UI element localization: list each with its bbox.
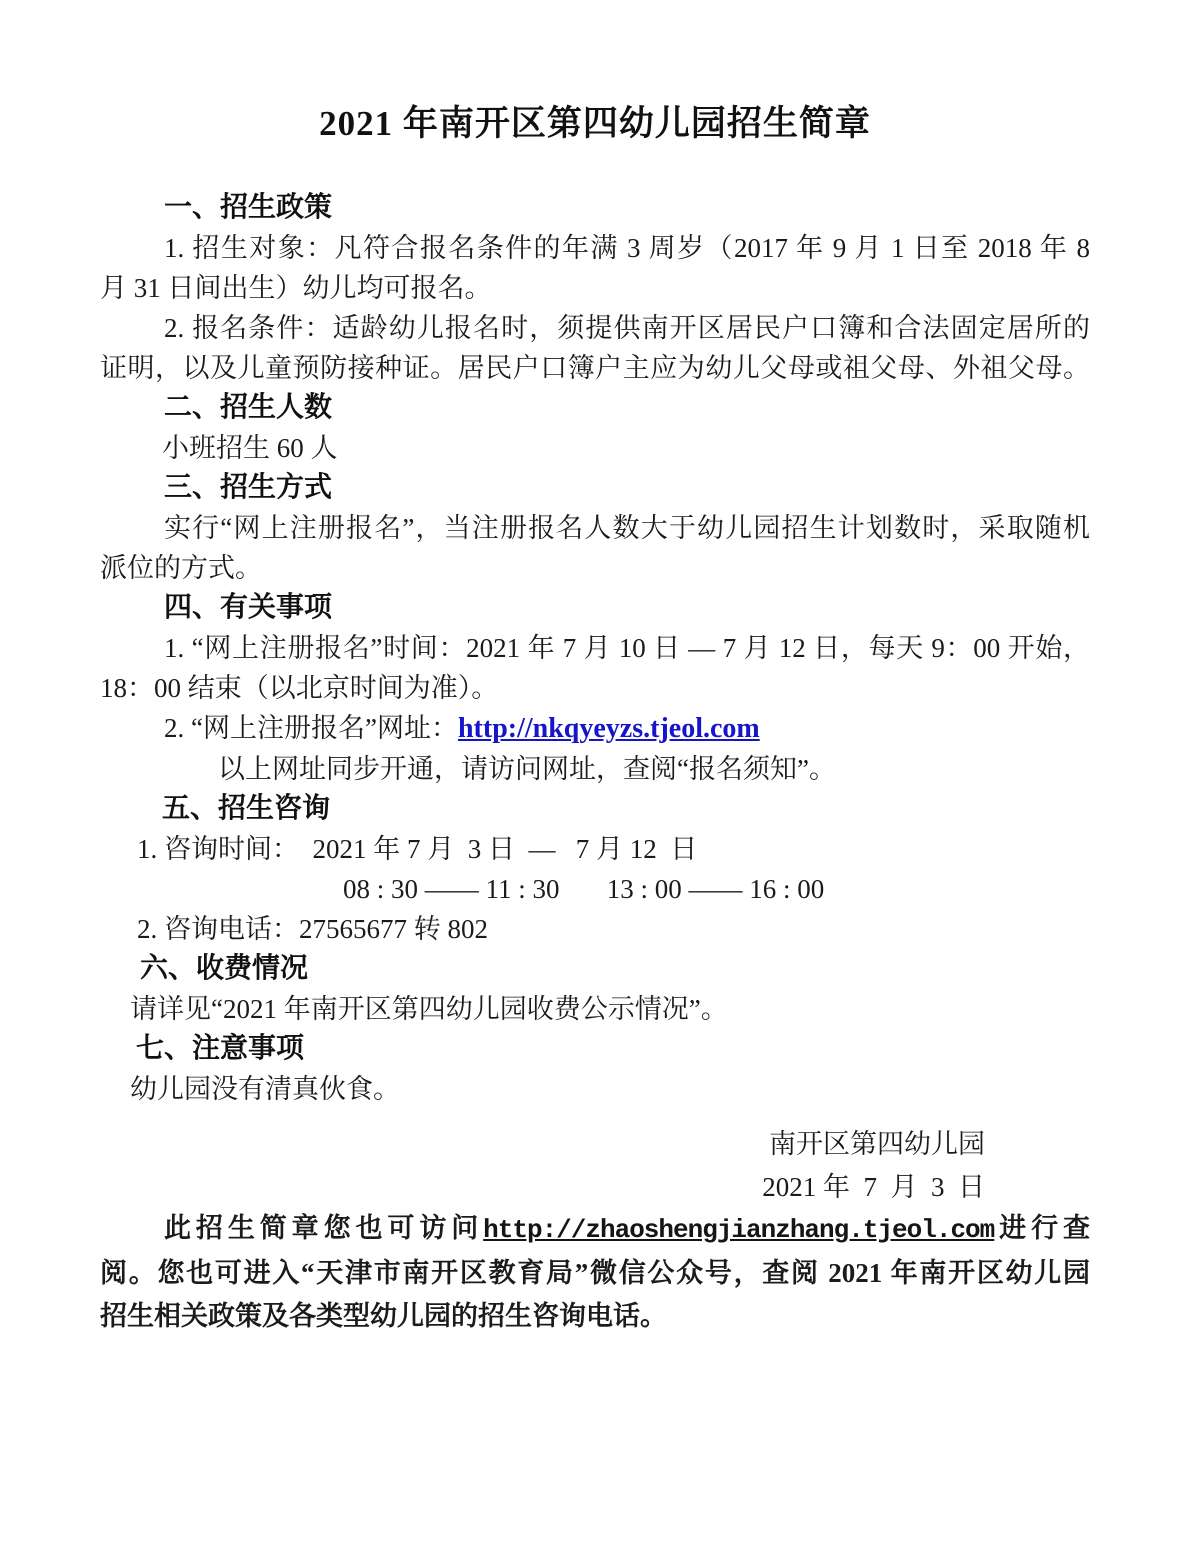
enrollment-method-line-2: 派位的方式。 xyxy=(100,548,1090,588)
section-2-heading: 二、招生人数 xyxy=(100,388,1090,428)
document-title: 2021 年南开区第四幼儿园招生简章 xyxy=(100,98,1090,150)
section-5-heading: 五、招生咨询 xyxy=(100,789,1090,829)
enrollment-condition-line-1: 2. 报名条件：适龄幼儿报名时，须提供南开区居民户口簿和合法固定居所的 xyxy=(100,308,1090,348)
section-1-heading: 一、招生政策 xyxy=(100,188,1090,228)
registration-url-line: 2. “网上注册报名”网址：http://nkqyeyzs.tjeol.com xyxy=(100,708,1090,749)
enrollment-target-line-2: 月 31 日间出生）幼儿均可报名。 xyxy=(100,268,1090,308)
closing-line-1-prefix: 此招生简章您也可访问 xyxy=(164,1213,483,1243)
section-7-heading: 七、注意事项 xyxy=(100,1029,1090,1069)
enrollment-count-line: 小班招生 60 人 xyxy=(100,428,1090,468)
registration-url-label: 2. “网上注册报名”网址： xyxy=(164,713,458,743)
closing-line-2: 阅。您也可进入“天津市南开区教育局”微信公众号，查阅 2021 年南开区幼儿园 xyxy=(100,1252,1090,1295)
document-page: 2021 年南开区第四幼儿园招生简章 一、招生政策 1. 招生对象：凡符合报名条… xyxy=(0,0,1200,1552)
enrollment-target-line-1: 1. 招生对象：凡符合报名条件的年满 3 周岁（2017 年 9 月 1 日至 … xyxy=(100,228,1090,268)
closing-line-1-suffix: 进行查 xyxy=(994,1213,1090,1243)
enrollment-condition-line-2: 证明，以及儿童预防接种证。居民户口簿户主应为幼儿父母或祖父母、外祖父母。 xyxy=(100,348,1090,388)
registration-time-line-1: 1. “网上注册报名”时间：2021 年 7 月 10 日 — 7 月 12 日… xyxy=(100,628,1090,668)
registration-url-note: 以上网址同步开通，请访问网址，查阅“报名须知”。 xyxy=(100,749,1090,789)
consult-hours-line: 08 : 30 —— 11 : 30 13 : 00 —— 16 : 00 xyxy=(100,869,1090,909)
section-4-heading: 四、有关事项 xyxy=(100,588,1090,628)
signature-org: 南开区第四幼儿园 xyxy=(100,1121,1090,1167)
closing-line-1: 此招生简章您也可访问http://zhaoshengjianzhang.tjeo… xyxy=(100,1207,1090,1252)
title-spacer xyxy=(100,150,1090,188)
notice-line: 幼儿园没有清真伙食。 xyxy=(100,1069,1090,1109)
document-content: 2021 年南开区第四幼儿园招生简章 一、招生政策 1. 招生对象：凡符合报名条… xyxy=(100,0,1090,1338)
closing-paragraph: 此招生简章您也可访问http://zhaoshengjianzhang.tjeo… xyxy=(100,1207,1090,1338)
fee-info-line: 请详见“2021 年南开区第四幼儿园收费公示情况”。 xyxy=(100,989,1090,1029)
enrollment-method-line-1: 实行“网上注册报名”，当注册报名人数大于幼儿园招生计划数时，采取随机 xyxy=(100,508,1090,548)
section-6-heading: 六、收费情况 xyxy=(100,949,1090,989)
consult-phone-line: 2. 咨询电话：27565677 转 802 xyxy=(100,909,1090,949)
registration-url-link[interactable]: http://nkqyeyzs.tjeol.com xyxy=(458,713,760,744)
section-3-heading: 三、招生方式 xyxy=(100,468,1090,508)
consult-time-line: 1. 咨询时间： 2021 年 7 月 3 日 — 7 月 12 日 xyxy=(100,829,1090,869)
closing-line-3: 招生相关政策及各类型幼儿园的招生咨询电话。 xyxy=(100,1295,1090,1338)
brochure-url-link[interactable]: http://zhaoshengjianzhang.tjeol.com xyxy=(483,1215,994,1245)
registration-time-line-2: 18：00 结束（以北京时间为准）。 xyxy=(100,668,1090,708)
signature-date: 2021 年 7 月 3 日 xyxy=(100,1167,1090,1207)
